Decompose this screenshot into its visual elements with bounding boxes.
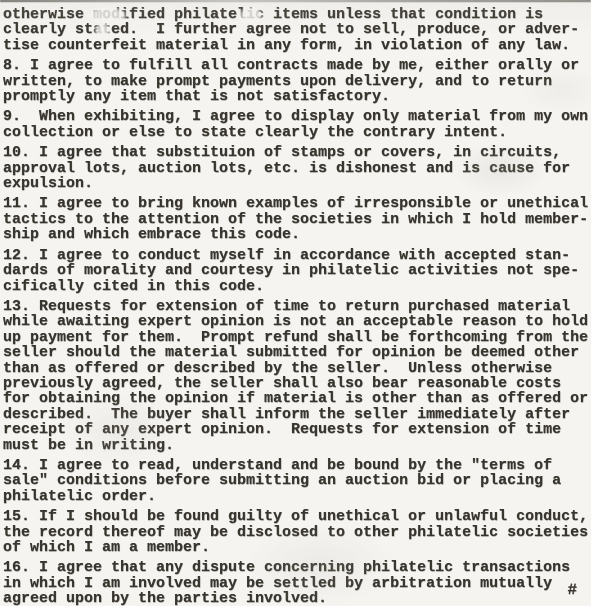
text-line: 16. I agree that any dispute concerning … [3, 560, 591, 575]
text-line: 14. I agree to read, understand and be b… [3, 458, 591, 473]
text-line: collection or else to state clearly the … [3, 125, 591, 140]
text-line: of which I am a member. [3, 540, 591, 555]
text-line: dards of morality and courtesy in philat… [3, 263, 591, 278]
paragraph-10: 10. I agree that substituion of stamps o… [3, 145, 591, 191]
text-line: than as offered or described by the sell… [3, 361, 591, 376]
paragraph-14: 14. I agree to read, understand and be b… [3, 458, 591, 504]
document-page: otherwise modified philatelic items unle… [0, 0, 591, 606]
scan-top-edge-artifact [0, 0, 591, 2]
text-line: philatelic order. [3, 489, 591, 504]
text-line: sale" conditions before submitting an au… [3, 473, 591, 488]
paragraph-16: 16. I agree that any dispute concerning … [3, 560, 591, 606]
text-line: 9. When exhibiting, I agree to display o… [3, 109, 591, 124]
text-line: for obtaining the opinion if material is… [3, 391, 591, 406]
paragraph-continuation: otherwise modified philatelic items unle… [3, 7, 591, 53]
text-line: ship and which embrace this code. [3, 227, 591, 242]
text-line: tactics to the attention of the societie… [3, 212, 591, 227]
text-line: up payment for them. Prompt refund shall… [3, 330, 591, 345]
text-line: expulsion. [3, 176, 591, 191]
text-line: cifically cited in this code. [3, 279, 591, 294]
text-line: the record thereof may be disclosed to o… [3, 525, 591, 540]
paragraph-8: 8. I agree to fulfill all contracts made… [3, 58, 591, 104]
text-line: otherwise modified philatelic items unle… [3, 7, 591, 22]
text-line: written, to make prompt payments upon de… [3, 74, 591, 89]
text-line: 11. I agree to bring known examples of i… [3, 196, 591, 211]
text-line: approval lots, auction lots, etc. is dis… [3, 161, 591, 176]
text-line: previously agreed, the seller shall also… [3, 376, 591, 391]
text-line: must be in writing. [3, 438, 591, 453]
text-line: 8. I agree to fulfill all contracts made… [3, 58, 591, 73]
text-line: described. The buyer shall inform the se… [3, 407, 591, 422]
text-line: 13. Requests for extension of time to re… [3, 299, 591, 314]
text-line: clearly stated. I further agree not to s… [3, 22, 591, 37]
paragraph-11: 11. I agree to bring known examples of i… [3, 196, 591, 242]
text-line: while awaiting expert opinion is not an … [3, 314, 591, 329]
text-line: 12. I agree to conduct myself in accorda… [3, 248, 591, 263]
text-line: 10. I agree that substituion of stamps o… [3, 145, 591, 160]
text-line: 15. If I should be found guilty of uneth… [3, 509, 591, 524]
page-end-mark: # [567, 581, 577, 599]
paragraph-12: 12. I agree to conduct myself in accorda… [3, 248, 591, 294]
text-line: agreed upon by the parties involved. [3, 591, 591, 606]
text-line: seller should the material submitted for… [3, 345, 591, 360]
paragraph-9: 9. When exhibiting, I agree to display o… [3, 109, 591, 140]
text-line: receipt of any expert opinion. Requests … [3, 422, 591, 437]
text-line: tise counterfeit material in any form, i… [3, 38, 591, 53]
text-line: in which I am involved may be settled by… [3, 576, 591, 591]
paragraph-15: 15. If I should be found guilty of uneth… [3, 509, 591, 555]
paragraph-13: 13. Requests for extension of time to re… [3, 299, 591, 453]
text-line: promptly any item that is not satisfacto… [3, 89, 591, 104]
